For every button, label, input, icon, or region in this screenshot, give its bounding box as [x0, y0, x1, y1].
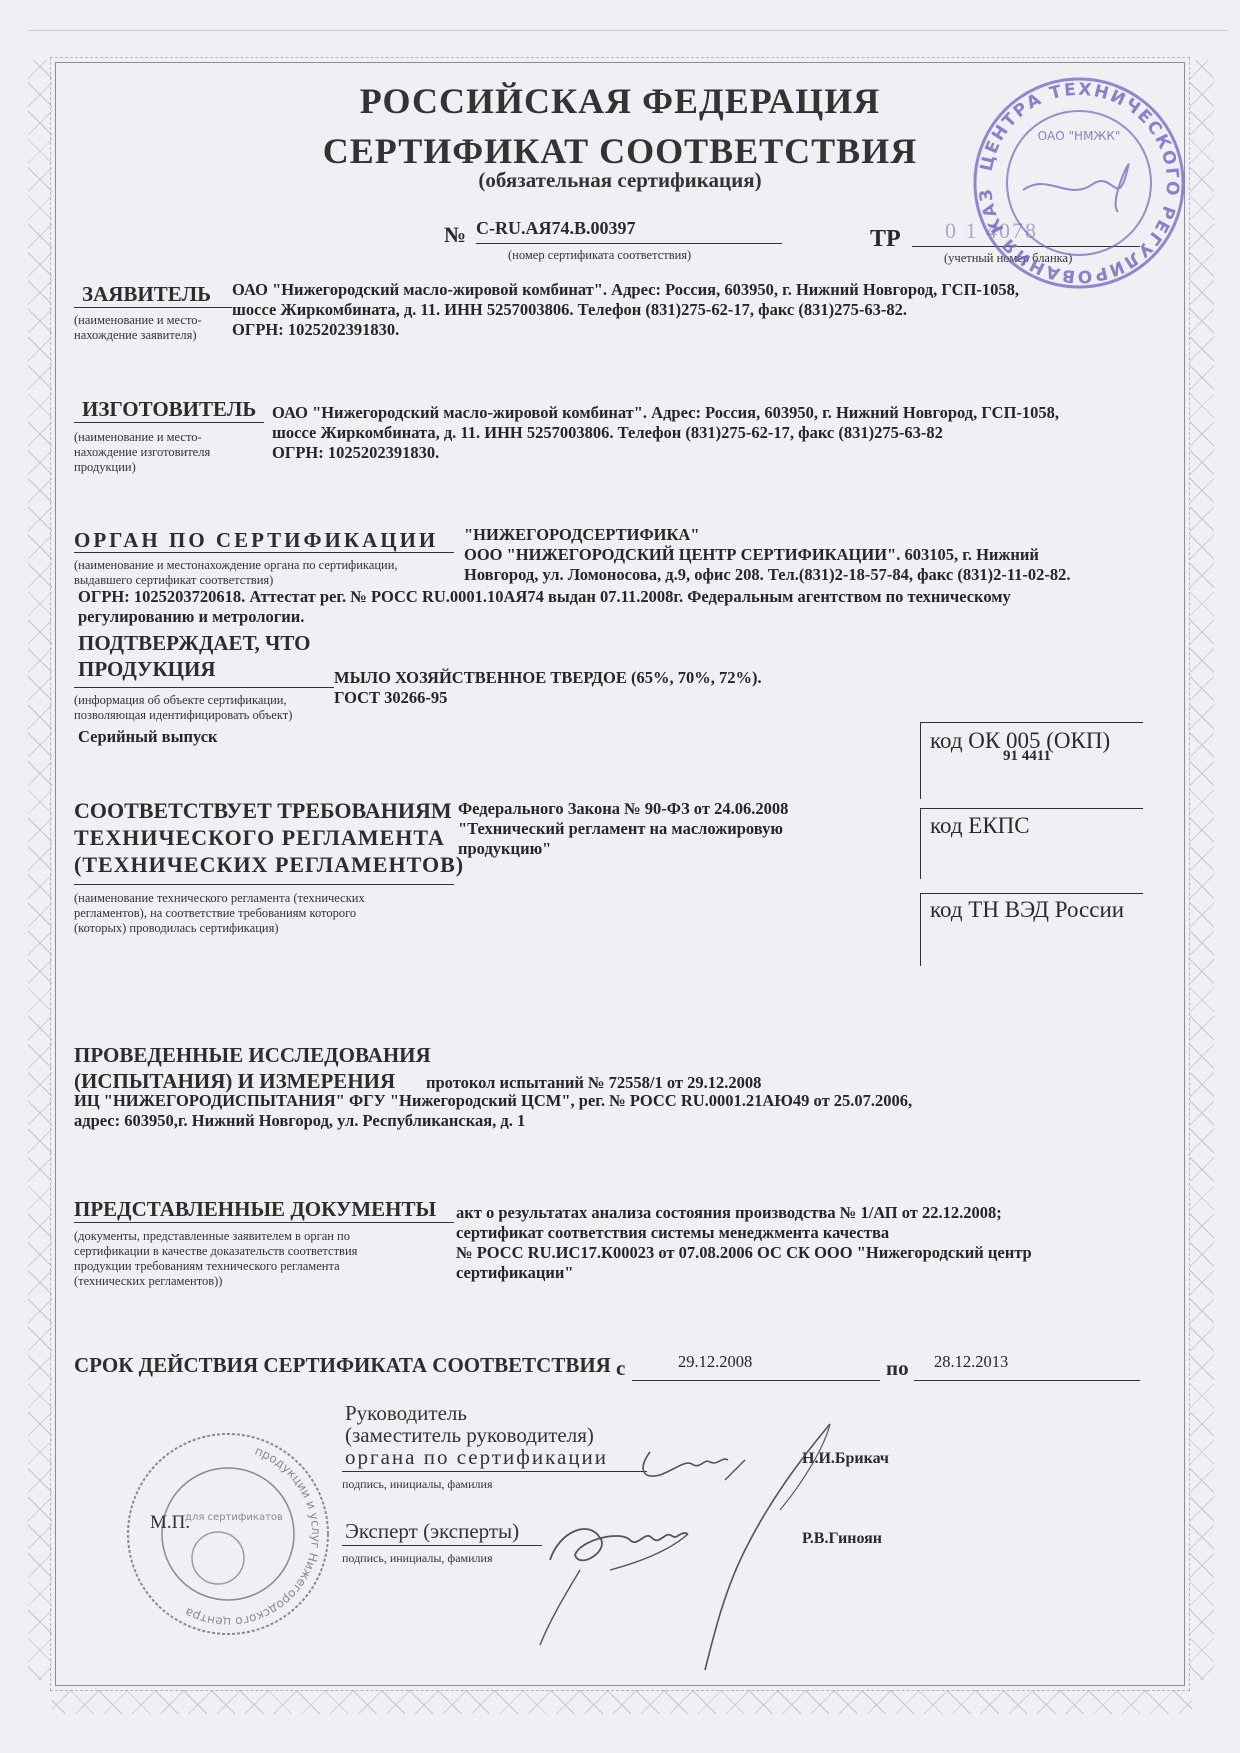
manufacturer-underline — [74, 422, 264, 423]
svg-text:для сертификатов: для сертификатов — [185, 1512, 283, 1523]
expert-underline — [342, 1545, 542, 1546]
number-caption: (номер сертификата соответствия) — [508, 248, 691, 263]
expert-caption: подпись, инициалы, фамилия — [342, 1551, 492, 1566]
expert-signature-icon — [520, 1500, 720, 1650]
head-caption: подпись, инициалы, фамилия — [342, 1477, 492, 1492]
product-underline — [74, 687, 334, 688]
decorative-border-right — [1190, 60, 1214, 1680]
manufacturer-label: ИЗГОТОВИТЕЛЬ — [82, 397, 256, 422]
svg-text:ОАО "НМЖК": ОАО "НМЖК" — [1038, 129, 1121, 143]
regulation-details: Федерального Закона № 90-ФЗ от 24.06.200… — [458, 799, 898, 859]
tests-lab-details: ИЦ "НИЖЕГОРОДИСПЫТАНИЯ" ФГУ "Нижегородск… — [74, 1091, 1184, 1131]
tnved-code-label: код ТН ВЭД России — [930, 897, 1124, 923]
manufacturer-details: ОАО "Нижегородский масло-жировой комбина… — [272, 403, 1192, 463]
product-details: МЫЛО ХОЗЯЙСТВЕННОЕ ТВЕРДОЕ (65%, 70%, 72… — [334, 668, 894, 708]
head-label: Руководитель (заместитель руководителя) … — [345, 1402, 608, 1468]
validity-from-underline — [632, 1380, 880, 1381]
tests-label: ПРОВЕДЕННЫЕ ИССЛЕДОВАНИЯ (ИСПЫТАНИЯ) И И… — [74, 1042, 431, 1094]
decorative-border-left — [28, 60, 52, 1680]
tests-protocol: протокол испытаний № 72558/1 от 29.12.20… — [426, 1073, 761, 1093]
regulation-label: СООТВЕТСТВУЕТ ТРЕБОВАНИЯМ ТЕХНИЧЕСКОГО Р… — [74, 797, 464, 878]
tp-label: ТР — [870, 226, 901, 253]
cert-body-accreditation: ОГРН: 1025203720618. Аттестат рег. № РОС… — [78, 587, 1188, 627]
documents-caption: (документы, представленные заявителем в … — [74, 1229, 414, 1289]
number-underline — [476, 243, 782, 244]
validity-from-date: 29.12.2008 — [678, 1352, 752, 1372]
documents-underline — [74, 1222, 454, 1223]
documents-label: ПРЕДСТАВЛЕННЫЕ ДОКУМЕНТЫ — [74, 1197, 436, 1222]
cert-body-underline — [74, 552, 454, 553]
regulation-underline — [74, 884, 454, 885]
certification-center-stamp-icon: ЦЕНТРА ТЕХНИЧЕСКОГО РЕГУЛИРОВАНИЯ КАЗАКО… — [968, 72, 1190, 294]
applicant-label: ЗАЯВИТЕЛЬ — [82, 282, 211, 307]
head-underline — [342, 1471, 647, 1472]
applicant-caption: (наименование и место- нахождение заявит… — [74, 313, 202, 343]
validity-to-label: по — [886, 1356, 909, 1381]
validity-label: СРОК ДЕЙСТВИЯ СЕРТИФИКАТА СООТВЕТСТВИЯ — [74, 1353, 611, 1378]
validity-to-underline — [914, 1380, 1140, 1381]
product-serial: Серийный выпуск — [78, 727, 218, 747]
regulation-caption: (наименование технического регламента (т… — [74, 891, 365, 936]
ekps-code-label: код ЕКПС — [930, 813, 1030, 839]
applicant-underline — [74, 307, 232, 308]
validity-from-label: с — [616, 1356, 625, 1381]
cert-body-caption: (наименование и местонахождение органа п… — [74, 558, 398, 588]
okp-code-value: 91 4411 — [1003, 748, 1051, 765]
seal-label: М.П. — [150, 1512, 190, 1534]
number-sign: № — [444, 222, 466, 248]
cert-body-details: "НИЖЕГОРОДСЕРТИФИКА" ООО "НИЖЕГОРОДСКИЙ … — [464, 525, 1184, 585]
product-caption: (информация об объекте сертификации, поз… — [74, 693, 292, 723]
applicant-details: ОАО "Нижегородский масло-жировой комбина… — [232, 280, 1192, 340]
manufacturer-caption: (наименование и место- нахождение изгото… — [74, 430, 210, 475]
certificate-number: С-RU.АЯ74.В.00397 — [476, 218, 636, 239]
documents-details: акт о результатах анализа состояния прои… — [456, 1203, 1176, 1283]
cert-body-label: ОРГАН ПО СЕРТИФИКАЦИИ — [74, 528, 438, 553]
validity-to-date: 28.12.2013 — [934, 1352, 1008, 1372]
official-seal-icon: продукции и услуг Нижегородского центра … — [122, 1428, 334, 1640]
decorative-border-bottom — [52, 1690, 1192, 1714]
product-label: ПОДТВЕРЖДАЕТ, ЧТО ПРОДУКЦИЯ — [78, 630, 310, 682]
expert-label: Эксперт (эксперты) — [345, 1520, 519, 1542]
